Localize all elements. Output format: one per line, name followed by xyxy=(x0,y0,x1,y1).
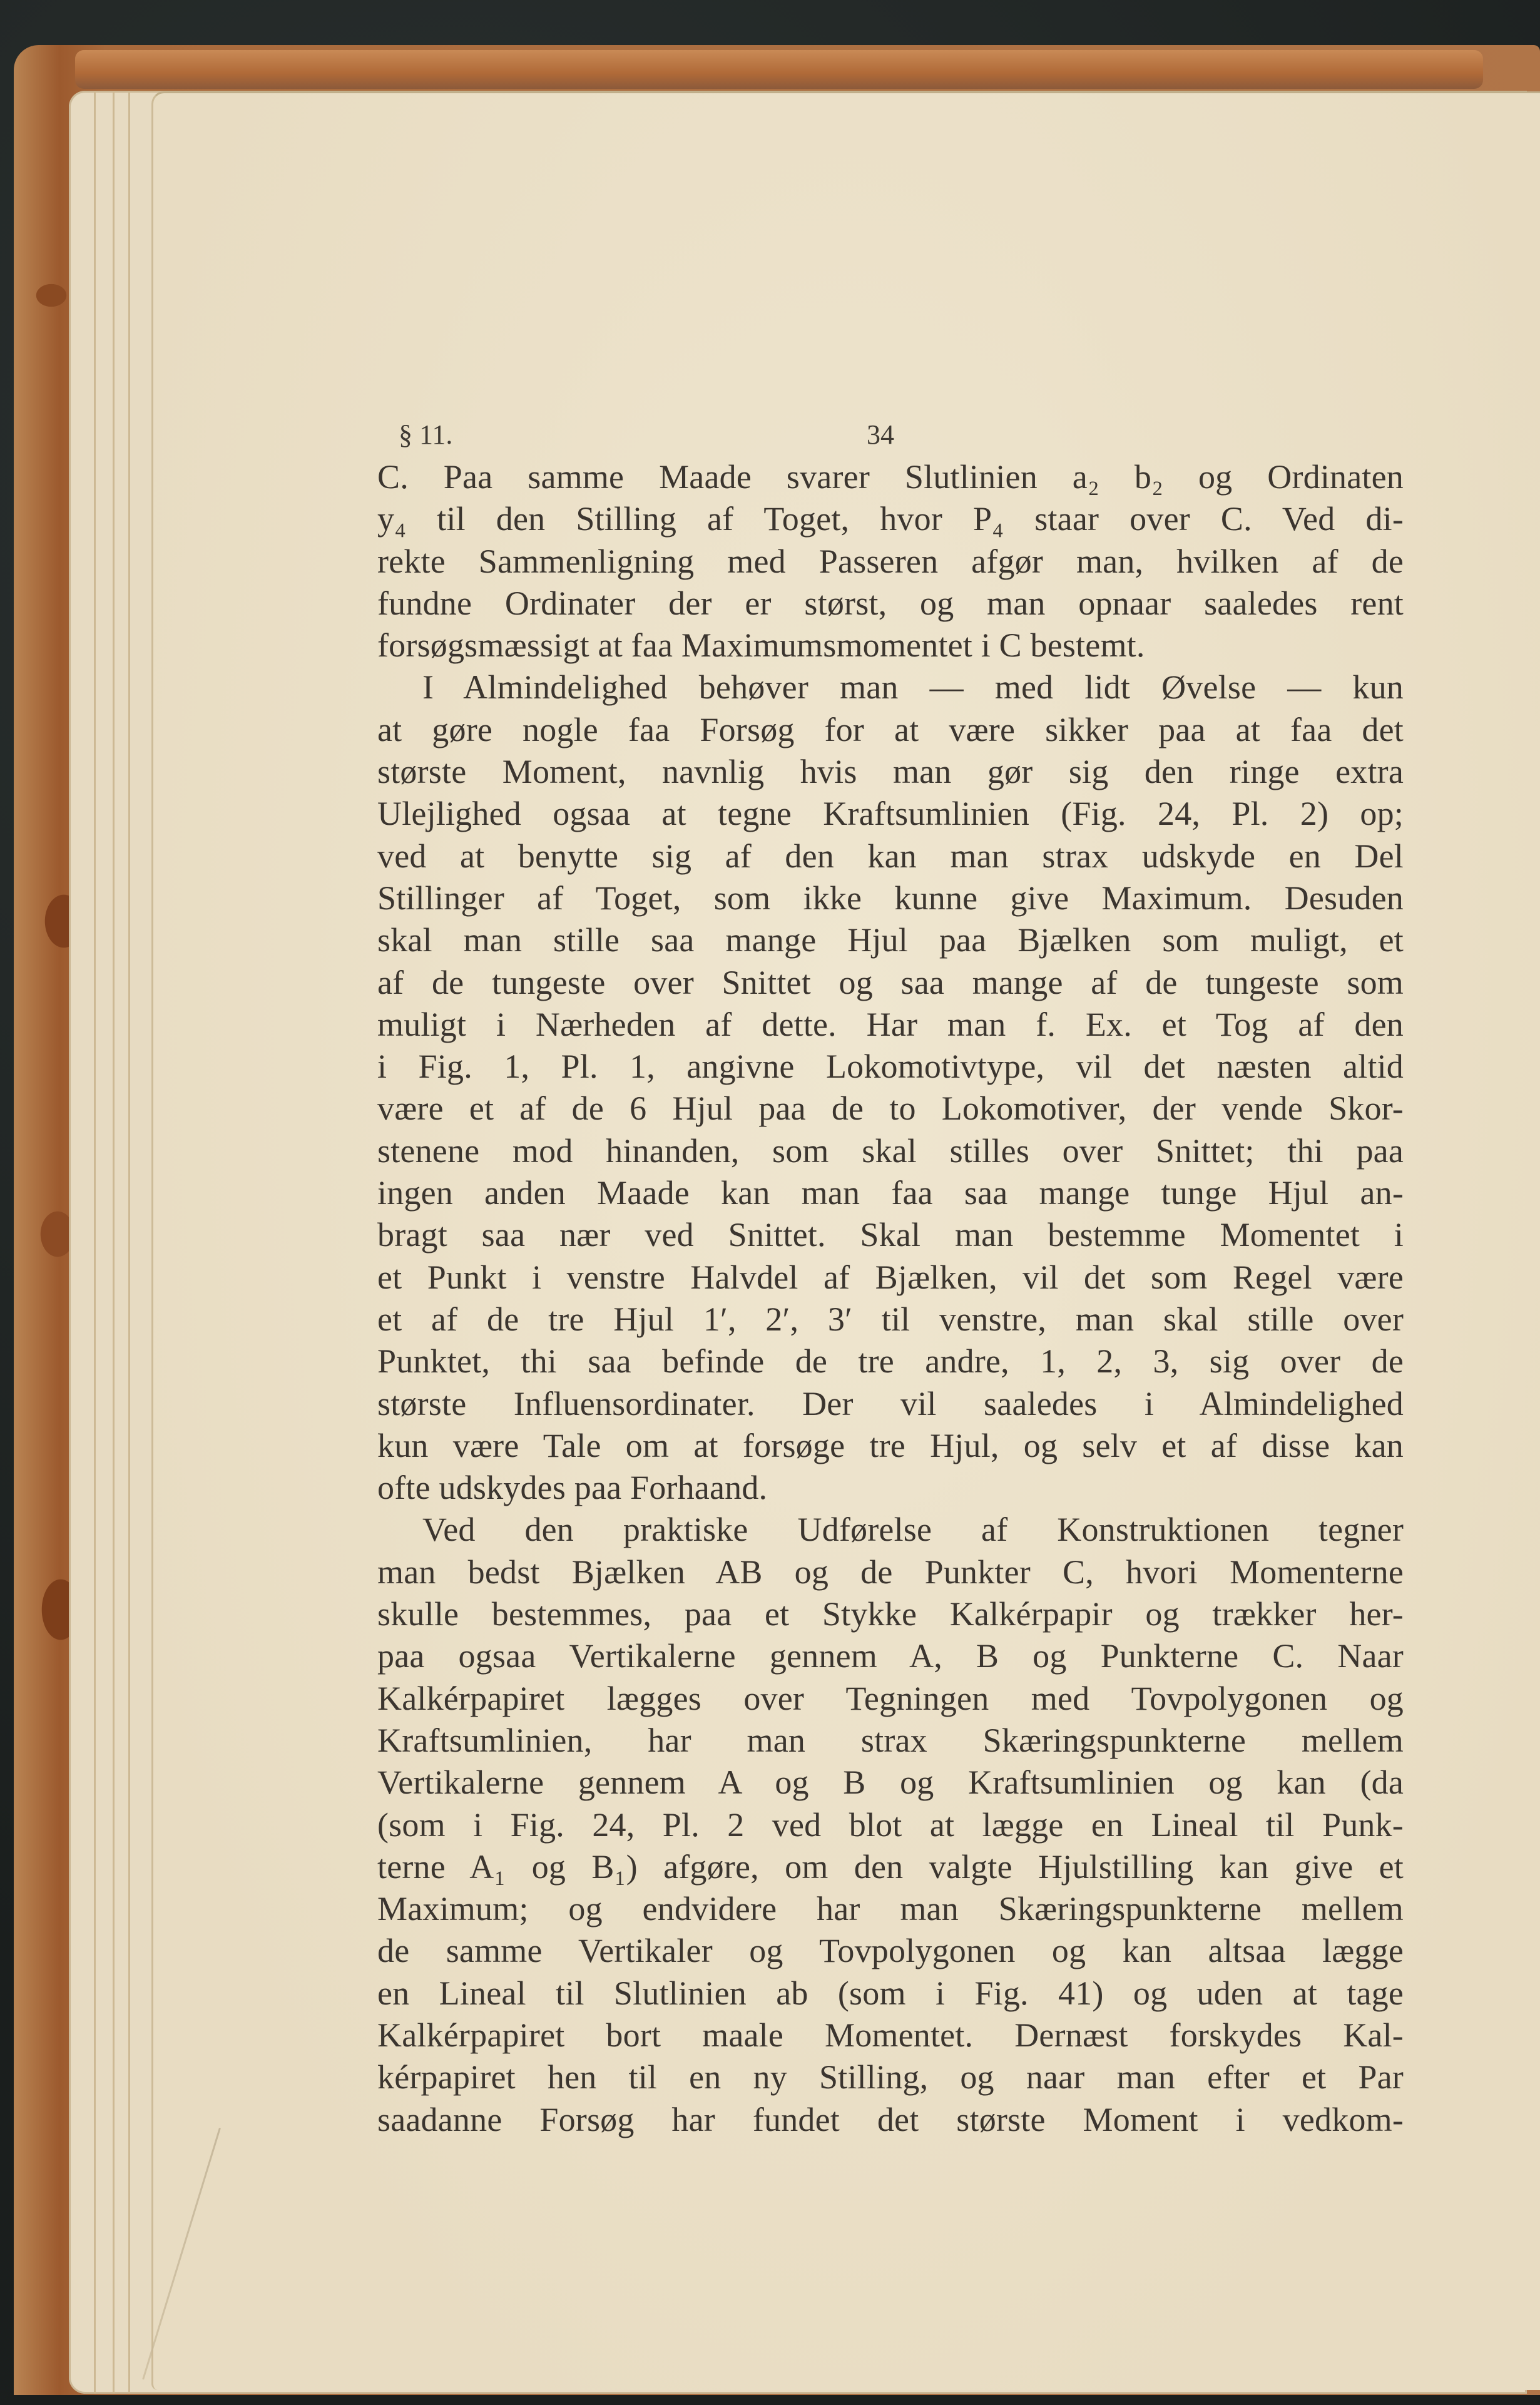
text-line: Kalkérpapiret lægges over Tegningen med … xyxy=(377,1678,1404,1720)
text-line: skal man stille saa mange Hjul paa Bjælk… xyxy=(377,919,1404,961)
page-edge-line xyxy=(128,91,130,2394)
text-line: Kraftsumlinien, har man strax Skæringspu… xyxy=(377,1720,1404,1762)
text-line: i Fig. 1, Pl. 1, angivne Lokomotivtype, … xyxy=(377,1046,1404,1088)
text-line: fundne Ordinater der er størst, og man o… xyxy=(377,583,1404,625)
page-number: 34 xyxy=(867,419,894,451)
text-line: ingen anden Maade kan man faa saa mange … xyxy=(377,1172,1404,1214)
text-line: I Almindelighed behøver man — med lidt Ø… xyxy=(377,666,1404,708)
text-line: kun være Tale om at forsøge tre Hjul, og… xyxy=(377,1425,1404,1467)
text-line: ved at benytte sig af den kan man strax … xyxy=(377,835,1404,877)
text-line: man bedst Bjælken AB og de Punkter C, hv… xyxy=(377,1551,1404,1593)
text-line: et af de tre Hjul 1′, 2′, 3′ til venstre… xyxy=(377,1299,1404,1340)
book-cover-top-edge xyxy=(75,50,1483,89)
page-body-text: C. Paa samme Maade svarer Slutlinien a₂ … xyxy=(377,456,1404,2141)
text-line: største Influensordinater. Der vil saale… xyxy=(377,1383,1404,1425)
text-line: kérpapiret hen til en ny Stilling, og na… xyxy=(377,2056,1404,2098)
text-line: stenene mod hinanden, som skal stilles o… xyxy=(377,1130,1404,1172)
text-line: saadanne Forsøg har fundet det største M… xyxy=(377,2099,1404,2141)
text-line: største Moment, navnlig hvis man gør sig… xyxy=(377,751,1404,793)
text-line: Kalkérpapiret bort maale Momentet. Dernæ… xyxy=(377,2014,1404,2056)
text-line: bragt saa nær ved Snittet. Skal man best… xyxy=(377,1214,1404,1256)
text-line: Stillinger af Toget, som ikke kunne give… xyxy=(377,877,1404,919)
text-line: Vertikalerne gennem A og B og Kraftsumli… xyxy=(377,1762,1404,1804)
page-edge-line xyxy=(113,91,115,2394)
text-line: de samme Vertikaler og Tovpolygonen og k… xyxy=(377,1930,1404,1972)
text-line: Maximum; og endvidere har man Skæringspu… xyxy=(377,1888,1404,1930)
text-line: Ved den praktiske Udførelse af Konstrukt… xyxy=(377,1509,1404,1551)
text-line: ofte udskydes paa Forhaand. xyxy=(377,1467,1404,1509)
text-line: Punktet, thi saa befinde de tre andre, 1… xyxy=(377,1340,1404,1382)
text-line: Ulejlighed ogsaa at tegne Kraftsumlinien… xyxy=(377,793,1404,835)
text-line: skulle bestemmes, paa et Stykke Kalkérpa… xyxy=(377,1593,1404,1635)
text-line: et Punkt i venstre Halvdel af Bjælken, v… xyxy=(377,1257,1404,1299)
text-line: muligt i Nærheden af dette. Har man f. E… xyxy=(377,1004,1404,1046)
text-line: af de tungeste over Snittet og saa mange… xyxy=(377,962,1404,1004)
page-edge-line xyxy=(94,91,96,2394)
text-line: paa ogsaa Vertikalerne gennem A, B og Pu… xyxy=(377,1635,1404,1677)
text-line: (som i Fig. 24, Pl. 2 ved blot at lægge … xyxy=(377,1804,1404,1846)
text-line: terne A₁ og B₁) afgøre, om den valgte Hj… xyxy=(377,1846,1404,1888)
text-line: C. Paa samme Maade svarer Slutlinien a₂ … xyxy=(377,456,1404,498)
text-line: en Lineal til Slutlinien ab (som i Fig. … xyxy=(377,1973,1404,2014)
text-line: være et af de 6 Hjul paa de to Lokomotiv… xyxy=(377,1088,1404,1130)
section-number: § 11. xyxy=(399,419,452,451)
text-line: at gøre nogle faa Forsøg for at være sik… xyxy=(377,709,1404,751)
text-line: rekte Sammenligning med Passeren afgør m… xyxy=(377,541,1404,583)
text-line: forsøgsmæssigt at faa Maximumsmomentet i… xyxy=(377,625,1404,666)
text-line: y₄ til den Stilling af Toget, hvor P₄ st… xyxy=(377,498,1404,540)
book-page: § 11. 34 C. Paa samme Maade svarer Slutl… xyxy=(151,91,1540,2390)
